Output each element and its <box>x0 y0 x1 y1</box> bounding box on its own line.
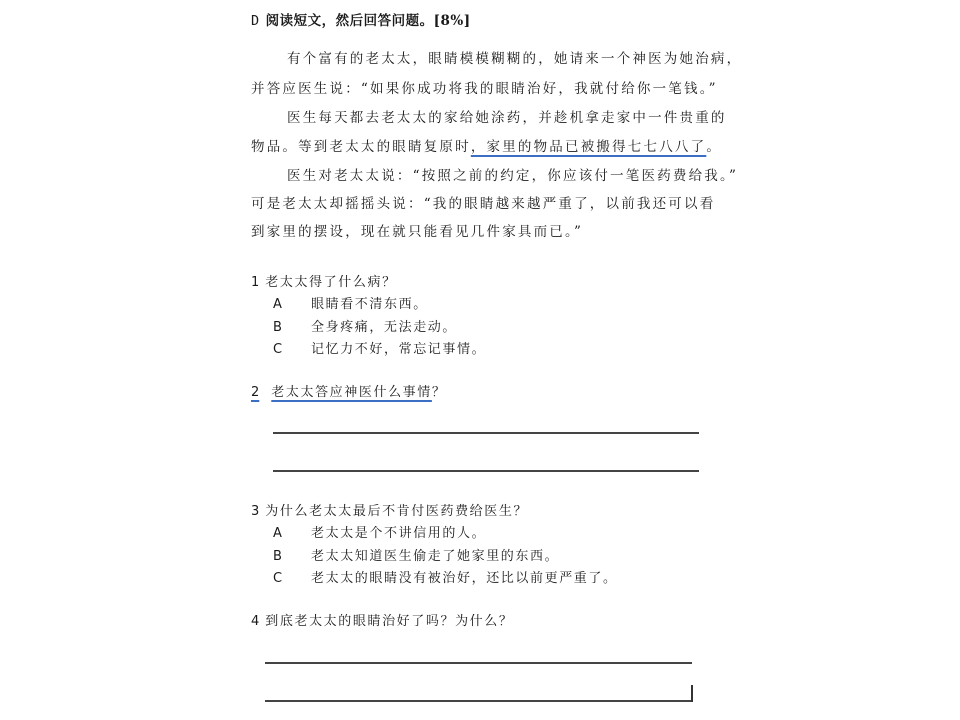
passage-line-6: 可是老太太却摇摇头说：“我的眼睛越来越严重了，以前我还可以看 <box>251 192 715 212</box>
option-letter: C <box>273 342 311 357</box>
question-text: 为什么老太太最后不肯付医药费给医生？ <box>265 504 528 519</box>
option-text: 老太太知道医生偷走了她家里的东西。 <box>311 549 559 564</box>
passage-line-7: 到家里的摆设，现在就只能看见几件家具而已。” <box>251 220 583 240</box>
passage-line-2: 并答应医生说：“如果你成功将我的眼睛治好，我就付给你一笔钱。” <box>251 77 718 97</box>
option-letter: B <box>273 320 311 335</box>
passage-text: 。 <box>706 139 722 155</box>
question-number: 2 <box>251 385 259 400</box>
q1-option-b[interactable]: B全身疼痛，无法走动。 <box>273 316 457 335</box>
passage-line-5: 医生对老太太说：“按照之前的约定，你应该付一笔医药费给我。” <box>287 164 738 184</box>
passage-line-1: 有个富有的老太太，眼睛模模糊糊的，她请来一个神医为她治病， <box>287 47 742 67</box>
q3-option-a[interactable]: A老太太是个不讲信用的人。 <box>273 522 486 541</box>
option-letter: A <box>273 297 311 312</box>
q3-option-b[interactable]: B老太太知道医生偷走了她家里的东西。 <box>273 545 559 564</box>
question-2: 2老太太答应神医什么事情？ <box>251 381 447 400</box>
option-text: 记忆力不好，常忘记事情。 <box>311 342 486 357</box>
q4-answer-line-2[interactable] <box>265 700 692 702</box>
question-1: 1老太太得了什么病？ <box>251 271 397 290</box>
section-heading: 阅读短文，然后回答问题。[8%] <box>266 13 471 29</box>
option-letter: A <box>273 526 311 541</box>
passage-line-3: 医生每天都去老太太的家给她涂药，并趁机拿走家中一件贵重的 <box>287 106 727 126</box>
passage-text: 物品。等到老太太的眼睛复原时 <box>251 139 471 155</box>
question-underlined: 2老太太答应神医什么事情 <box>251 385 432 400</box>
question-4: 4到底老太太的眼睛治好了吗？为什么？ <box>251 610 513 629</box>
question-number: 4 <box>251 614 259 629</box>
question-number: 1 <box>251 275 259 290</box>
option-letter: B <box>273 549 311 564</box>
q1-option-a[interactable]: A眼睛看不清东西。 <box>273 293 428 312</box>
question-mark: ？ <box>432 385 447 400</box>
highlighted-phrase: ，家里的物品已被搬得七七八八了 <box>471 139 707 155</box>
q2-answer-line-2[interactable] <box>273 470 699 472</box>
q2-answer-line-1[interactable] <box>273 432 699 434</box>
question-text: 老太太答应神医什么事情 <box>271 385 432 400</box>
option-text: 老太太的眼睛没有被治好，还比以前更严重了。 <box>311 571 618 586</box>
option-text: 全身疼痛，无法走动。 <box>311 320 457 335</box>
text-cursor <box>691 685 693 702</box>
question-text: 老太太得了什么病？ <box>265 275 396 290</box>
q4-answer-line-1[interactable] <box>265 662 692 664</box>
q1-option-c[interactable]: C记忆力不好，常忘记事情。 <box>273 338 486 357</box>
section-title: D阅读短文，然后回答问题。[8%] <box>251 9 471 29</box>
option-text: 老太太是个不讲信用的人。 <box>311 526 486 541</box>
question-3: 3为什么老太太最后不肯付医药费给医生？ <box>251 500 528 519</box>
option-letter: C <box>273 571 311 586</box>
question-number: 3 <box>251 504 259 519</box>
passage-line-4: 物品。等到老太太的眼睛复原时，家里的物品已被搬得七七八八了。 <box>251 135 722 155</box>
option-text: 眼睛看不清东西。 <box>311 297 428 312</box>
section-label: D <box>251 13 260 29</box>
q3-option-c[interactable]: C老太太的眼睛没有被治好，还比以前更严重了。 <box>273 567 618 586</box>
question-text: 到底老太太的眼睛治好了吗？为什么？ <box>265 614 513 629</box>
